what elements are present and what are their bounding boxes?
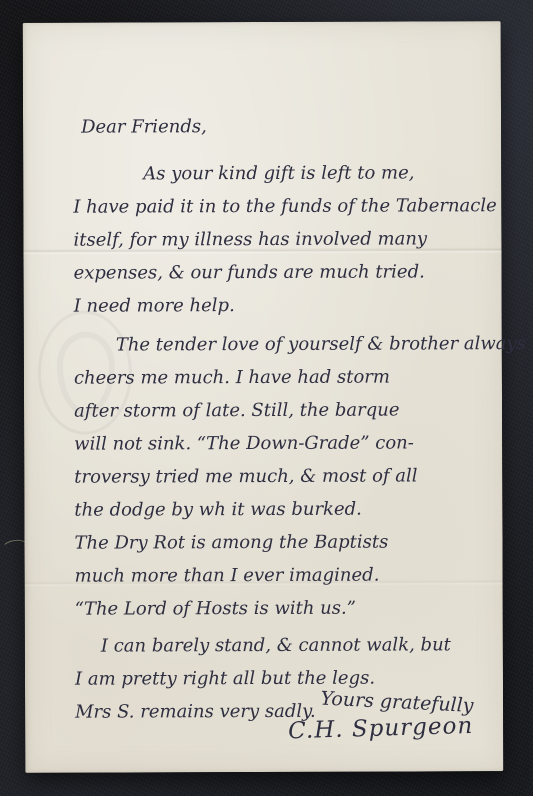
letter-line: cheers me much. I have had storm (74, 360, 484, 394)
letter-closing: Yours gratefully C.H. Spurgeon (288, 685, 473, 742)
letter-paper: Dear Friends, As your kind gift is left … (23, 21, 504, 773)
letter-line: The Dry Rot is among the Baptists (74, 525, 484, 559)
letter-line: will not sink. “The Down-Grade” con- (74, 426, 484, 460)
letter-line: The tender love of yourself & brother al… (74, 327, 484, 361)
letter-line: I can barely stand, & cannot walk, but (75, 628, 485, 662)
letter-body: Dear Friends, As your kind gift is left … (23, 21, 504, 773)
letter-line: “The Lord of Hosts is with us.” (75, 591, 485, 625)
letter-line: As your kind gift is left to me, (73, 156, 483, 190)
photo-background: Dear Friends, As your kind gift is left … (0, 0, 533, 796)
letter-line: troversy tried me much, & most of all (74, 459, 484, 493)
letter-line: I need more help. (74, 288, 484, 322)
salutation: Dear Friends, (81, 109, 483, 143)
letter-line: I have paid it in to the funds of the Ta… (73, 189, 483, 223)
letter-line: the dodge by wh it was burked. (74, 492, 484, 526)
letter-line: expenses, & our funds are much tried. (74, 255, 484, 289)
signature: C.H. Spurgeon (288, 713, 474, 744)
valediction: Yours gratefully (288, 686, 474, 717)
letter-line: much more than I ever imagined. (75, 558, 485, 592)
letter-line: itself, for my illness has involved many (73, 222, 483, 256)
letter-line: after storm of late. Still, the barque (74, 393, 484, 427)
